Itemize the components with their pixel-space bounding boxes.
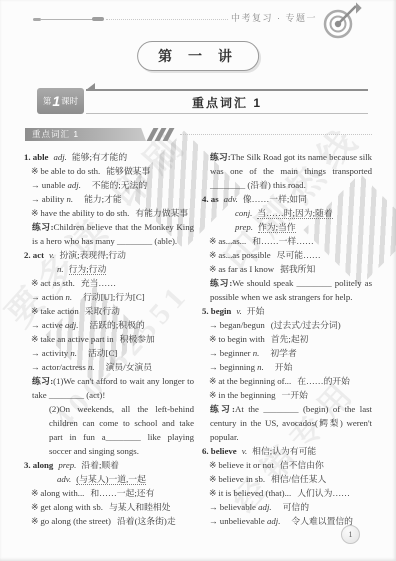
exercise-line: 练习:We should speak ________ politely as …	[202, 276, 372, 304]
derivative-line: →action n.行动[U];行为[C]	[24, 290, 194, 304]
phrase-line: ※take an active part in积极参加	[24, 332, 194, 346]
exercise-label: 练习:	[210, 404, 235, 414]
chinese-meaning: 有能力做某事	[135, 208, 188, 218]
english-text: began/begun	[220, 320, 265, 330]
english-text: unable	[42, 180, 65, 190]
phrase-line: ※along with...和……一起;还有	[24, 486, 194, 500]
vocab-entry: 1. ableadj.能够;有才能的	[24, 150, 194, 164]
phrase-marker-icon: ※	[31, 502, 38, 512]
part-of-speech: adj.	[53, 152, 66, 162]
phrase-marker-icon: ※	[209, 488, 216, 498]
chinese-meaning: 人们认为……	[297, 488, 350, 498]
vocab-entry: 5. beginv.开始	[202, 304, 372, 318]
exercise-text: (2)On weekends, all the left-behind chil…	[49, 404, 194, 456]
part-of-speech: adj.	[65, 180, 81, 190]
phrase-line: ※believe it or not信不信由你	[202, 458, 372, 472]
entry-number: 5.	[202, 306, 211, 316]
phrase-line: ※as...as possible尽可能……	[202, 248, 372, 262]
derivative-line: →active adj.活跃的;积极的	[24, 318, 194, 332]
phrase-line: ※have the ability to do sth.有能力做某事	[24, 206, 194, 220]
entry-meaning: 作为;当作	[258, 222, 296, 233]
chinese-meaning: 可信的	[283, 502, 309, 512]
part-of-speech: adj.	[256, 502, 272, 512]
english-text: get along with sb.	[40, 502, 103, 512]
entry-meaning: 像……一样;如同	[243, 194, 307, 204]
derivative-line: →ability n.能力;才能	[24, 192, 194, 206]
english-text: along with...	[40, 488, 84, 498]
page-number: 1	[341, 525, 360, 544]
phrase-marker-icon: ※	[209, 376, 216, 386]
entry-meaning: 开始	[247, 306, 265, 316]
part-of-speech: adj.	[63, 320, 79, 330]
phrase-line: ※go along (the street)沿着(这条街)走	[24, 514, 194, 528]
entry-meaning: 当……时;因为;随着	[257, 208, 332, 219]
arrow-marker-icon: →	[31, 180, 40, 190]
phrase-line: ※as far as I know据我所知	[202, 262, 372, 276]
lesson-title: 重点词汇 1	[86, 94, 368, 111]
english-text: be able to do sth.	[40, 166, 100, 176]
lesson-number-tab: 第 1 课时	[37, 88, 84, 114]
chinese-meaning: 沿着(这条街)走	[117, 516, 176, 526]
entry-meaning: 沿着;顺着	[81, 460, 119, 470]
chinese-meaning: 能够做某事	[106, 166, 150, 176]
english-text: to begin with	[218, 334, 264, 344]
arrow-marker-icon: →	[31, 292, 40, 302]
part-of-speech: prep.	[58, 460, 76, 470]
target-dart-icon	[318, 2, 362, 42]
derivative-line: →beginning n.开始	[202, 360, 372, 374]
vocab-entry: 4. asadv.像……一样;如同	[202, 192, 372, 206]
english-text: believable	[220, 502, 256, 512]
entry-extra-sense: conj.当……时;因为;随着	[202, 206, 372, 220]
entry-number: 1.	[24, 152, 33, 162]
chinese-meaning: 首先;起初	[271, 334, 309, 344]
phrase-line: ※act as sth.充当……	[24, 276, 194, 290]
chinese-meaning: 演员/女演员	[106, 362, 152, 372]
chinese-meaning: (过去式/过去分词)	[271, 320, 341, 330]
part-of-speech: v.	[236, 306, 241, 316]
entry-meaning: 能够;有才能的	[72, 152, 127, 162]
vocab-column-right: 练习:The Silk Road got its name because si…	[202, 150, 372, 528]
lesson-tab-prefix: 第	[43, 95, 52, 107]
exercise-label: 练习:	[210, 152, 231, 162]
entry-word: believe	[211, 446, 237, 456]
chinese-meaning: 活动[C]	[88, 348, 117, 358]
entry-word: along	[33, 460, 54, 470]
english-text: take an active part in	[40, 334, 113, 344]
entry-word: act	[33, 250, 44, 260]
part-of-speech: v.	[242, 446, 247, 456]
exercise-text: At the ________ (begin) of the last cent…	[210, 404, 372, 442]
part-of-speech: prep.	[235, 222, 253, 232]
chinese-meaning: 充当……	[81, 278, 116, 288]
arrow-marker-icon: →	[31, 194, 40, 204]
entry-meaning: (与某人)一道,一起	[76, 474, 146, 485]
part-of-speech: n.	[64, 194, 73, 204]
part-of-speech: n.	[251, 348, 260, 358]
phrase-line: ※at the beginning of...在……的开始	[202, 374, 372, 388]
entry-extra-sense: prep.作为;当作	[202, 220, 372, 234]
entry-meaning: 行为;行动	[69, 264, 107, 275]
exercise-text: We should speak ________ politely as pos…	[210, 278, 372, 302]
derivative-line: →actor/actress n.演员/女演员	[24, 360, 194, 374]
phrase-marker-icon: ※	[209, 250, 216, 260]
english-text: in the beginning	[218, 390, 275, 400]
chinese-meaning: 行动[U];行为[C]	[83, 292, 145, 302]
english-text: active	[42, 320, 63, 330]
exercise-continuation: (2)On weekends, all the left-behind chil…	[24, 402, 194, 458]
entry-word: able	[33, 152, 49, 162]
exercise-label: 练习:	[32, 376, 53, 386]
section-dotted-line	[180, 134, 372, 135]
english-text: as...as possible	[218, 250, 270, 260]
entry-extra-sense: n.行为;行动	[24, 262, 194, 276]
chinese-meaning: 能力;才能	[84, 194, 122, 204]
breadcrumb: 中考复习 · 专题一	[228, 11, 320, 24]
section-tag: 重点词汇 1	[25, 128, 146, 141]
vocab-entry: 3. alongprep.沿着;顺着	[24, 458, 194, 472]
exercise-text: (1)We can't afford to wait any longer to…	[32, 376, 194, 400]
exercise-text: The Silk Road got its name because silk …	[210, 152, 372, 190]
vocab-entry: 2. actv.扮演;表现得;行动	[24, 248, 194, 262]
phrase-line: ※take action采取行动	[24, 304, 194, 318]
phrase-marker-icon: ※	[31, 516, 38, 526]
phrase-line: ※as...as...和……一样……	[202, 234, 372, 248]
chinese-meaning: 与某人和睦相处	[109, 502, 171, 512]
phrase-marker-icon: ※	[31, 488, 38, 498]
chinese-meaning: 积极参加	[120, 334, 155, 344]
arrow-marker-icon: →	[31, 362, 40, 372]
chinese-meaning: 令人难以置信的	[291, 516, 353, 526]
phrase-marker-icon: ※	[31, 306, 38, 316]
chinese-meaning: 开始	[275, 362, 293, 372]
entry-word: begin	[211, 306, 232, 316]
phrase-marker-icon: ※	[31, 166, 38, 176]
lesson-tab-suffix: 课时	[61, 95, 78, 107]
arrow-line-decoration	[40, 19, 98, 20]
exercise-line: 练习:(1)We can't afford to wait any longer…	[24, 374, 194, 402]
english-text: beginning	[220, 362, 255, 372]
english-text: believe it or not	[218, 460, 273, 470]
english-text: at the beginning of...	[218, 376, 291, 386]
banner-top-rule	[86, 89, 368, 91]
arrow-marker-icon: →	[31, 320, 40, 330]
part-of-speech: n.	[86, 362, 95, 372]
arrow-marker-icon: →	[209, 362, 218, 372]
entry-meaning: 相信;认为有可能	[252, 446, 316, 456]
vocab-entry: 6. believev.相信;认为有可能	[202, 444, 372, 458]
chinese-meaning: 活跃的;积极的	[89, 320, 144, 330]
chinese-meaning: 不能的;无法的	[92, 180, 147, 190]
part-of-speech: adj.	[265, 516, 281, 526]
banner-bottom-rule	[86, 113, 368, 114]
chinese-meaning: 初学者	[270, 348, 296, 358]
part-of-speech: n.	[63, 292, 72, 302]
part-of-speech: n.	[68, 348, 77, 358]
english-text: believe in sb.	[218, 474, 265, 484]
english-text: ability	[42, 194, 64, 204]
part-of-speech: conj.	[235, 208, 252, 218]
arrow-marker-icon: →	[209, 320, 218, 330]
english-text: have the ability to do sth.	[40, 208, 129, 218]
phrase-line: ※in the beginning一开始	[202, 388, 372, 402]
exercise-line: 练习:Children believe that the Monkey King…	[24, 220, 194, 248]
english-text: go along (the street)	[40, 516, 111, 526]
english-text: beginner	[220, 348, 251, 358]
entry-extra-sense: adv.(与某人)一道,一起	[24, 472, 194, 486]
arrow-marker-icon: →	[209, 348, 218, 358]
chinese-meaning: 信不信由你	[280, 460, 324, 470]
arrow-marker-icon: →	[31, 348, 40, 358]
english-text: as far as I know	[218, 264, 274, 274]
lesson-tab-number: 1	[52, 93, 60, 109]
english-text: act as sth.	[40, 278, 74, 288]
phrase-marker-icon: ※	[209, 474, 216, 484]
part-of-speech: v.	[49, 250, 54, 260]
exercise-line: 练习:The Silk Road got its name because si…	[202, 150, 372, 192]
phrase-marker-icon: ※	[31, 334, 38, 344]
chinese-meaning: 和……一样……	[252, 236, 314, 246]
derivative-line: →beginner n.初学者	[202, 346, 372, 360]
workbook-page: 要多读·印刷 400-62551 印刷热线 经销专用 中考复习 · 专题一 第 …	[0, 0, 396, 561]
phrase-marker-icon: ※	[31, 278, 38, 288]
part-of-speech: n.	[255, 362, 264, 372]
phrase-marker-icon: ※	[209, 236, 216, 246]
derivative-line: →activity n.活动[C]	[24, 346, 194, 360]
exercise-label: 练习:	[32, 222, 54, 232]
entry-number: 2.	[24, 250, 33, 260]
lecture-title: 第 一 讲	[137, 41, 259, 71]
english-text: take action	[40, 306, 78, 316]
entry-number: 4.	[202, 194, 211, 204]
entry-word: as	[211, 194, 219, 204]
derivative-line: →began/begun(过去式/过去分词)	[202, 318, 372, 332]
chinese-meaning: 和……一起;还有	[90, 488, 154, 498]
phrase-line: ※to begin with首先;起初	[202, 332, 372, 346]
phrase-marker-icon: ※	[209, 264, 216, 274]
english-text: as...as...	[218, 236, 246, 246]
phrase-line: ※it is believed (that)...人们认为……	[202, 486, 372, 500]
part-of-speech: adv.	[57, 474, 71, 484]
arrow-marker-icon: →	[209, 516, 218, 526]
exercise-line: 练习:At the ________ (begin) of the last c…	[202, 402, 372, 444]
english-text: actor/actress	[42, 362, 86, 372]
phrase-line: ※be able to do sth.能够做某事	[24, 164, 194, 178]
phrase-line: ※get along with sb.与某人和睦相处	[24, 500, 194, 514]
english-text: it is believed (that)...	[218, 488, 291, 498]
english-text: activity	[42, 348, 68, 358]
phrase-marker-icon: ※	[209, 390, 216, 400]
phrase-marker-icon: ※	[31, 208, 38, 218]
vocab-column-left: 1. ableadj.能够;有才能的※be able to do sth.能够做…	[24, 150, 194, 528]
exercise-label: 练习:	[210, 278, 232, 288]
chinese-meaning: 相信/信任某人	[271, 474, 326, 484]
part-of-speech: n.	[57, 264, 64, 274]
phrase-line: ※believe in sb.相信/信任某人	[202, 472, 372, 486]
entry-number: 6.	[202, 446, 211, 456]
exercise-text: Children believe that the Monkey King is…	[32, 222, 194, 246]
derivative-line: →believable adj.可信的	[202, 500, 372, 514]
entry-number: 3.	[24, 460, 33, 470]
derivative-line: →unable adj.不能的;无法的	[24, 178, 194, 192]
entry-meaning: 扮演;表现得;行动	[59, 250, 125, 260]
arrow-marker-icon: →	[209, 502, 218, 512]
banner-fold-decoration	[86, 83, 95, 90]
chinese-meaning: 一开始	[282, 390, 308, 400]
chinese-meaning: 据我所知	[280, 264, 315, 274]
arrow-head-decoration	[92, 17, 104, 21]
chinese-meaning: 尽可能……	[277, 250, 321, 260]
chinese-meaning: 采取行动	[85, 306, 120, 316]
english-text: unbelievable	[220, 516, 265, 526]
chinese-meaning: 在……的开始	[297, 376, 350, 386]
phrase-marker-icon: ※	[209, 334, 216, 344]
part-of-speech: adv.	[224, 194, 238, 204]
phrase-marker-icon: ※	[209, 460, 216, 470]
english-text: action	[42, 292, 64, 302]
